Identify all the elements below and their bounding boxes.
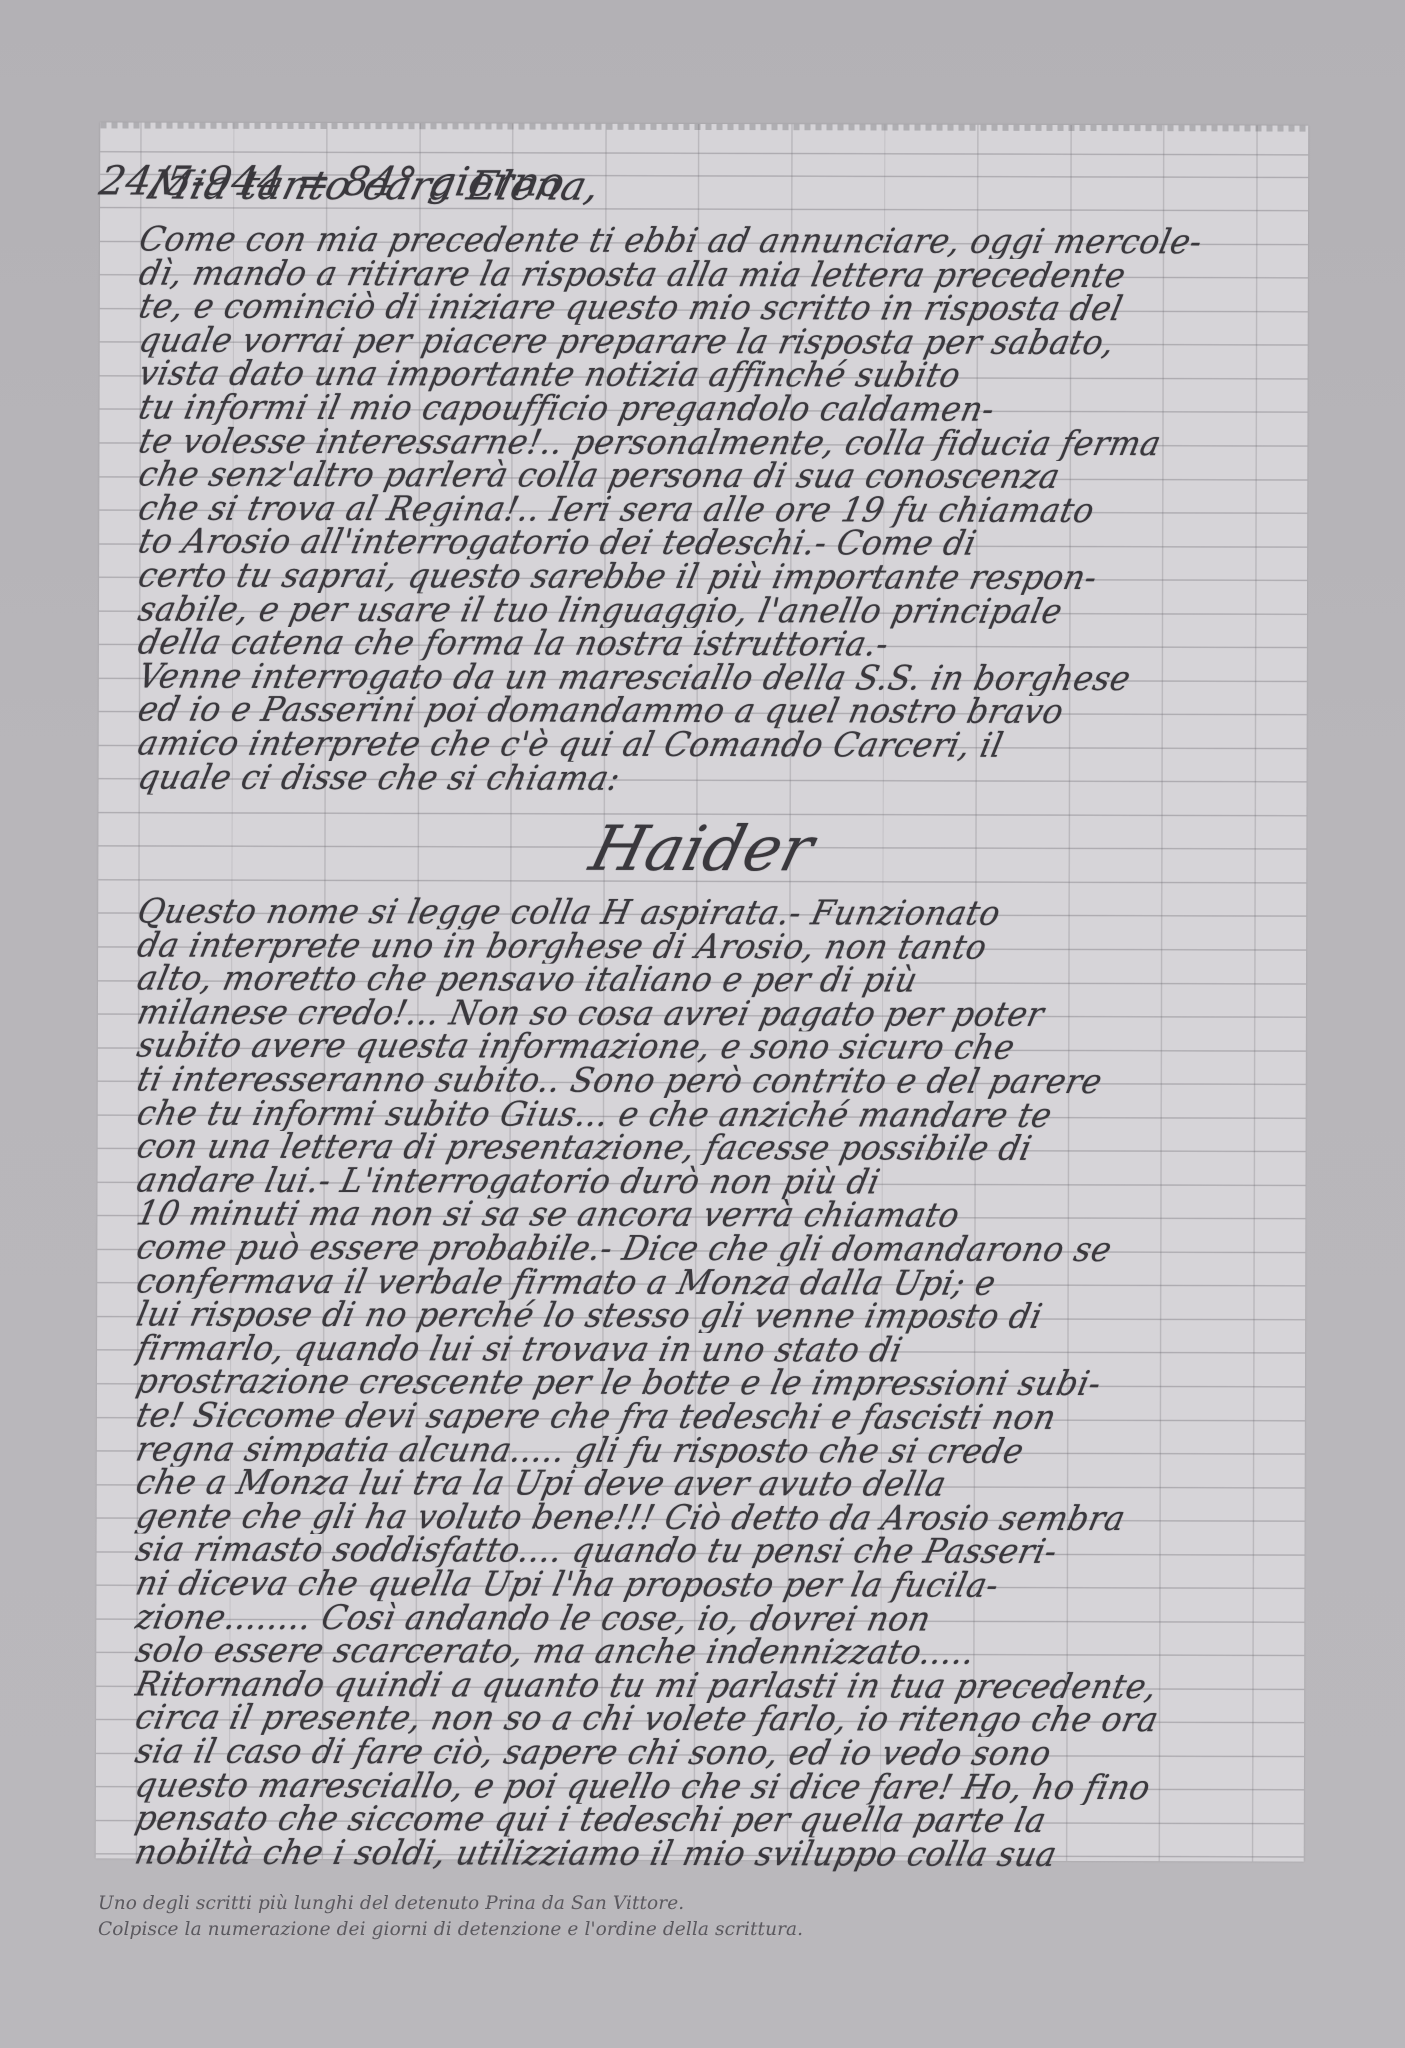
letter-line: circa il presente, non so a chi volete f… (132, 1701, 1226, 1738)
letter-line: che a Monza lui tra la Upi deve aver avu… (133, 1466, 1227, 1503)
letter-line: tu informi il mio capoufficio pregandolo… (136, 391, 1230, 428)
letter-line: con una lettera di presentazione, facess… (134, 1130, 1228, 1167)
letter-line: ti interesseranno subito.. Sono però con… (134, 1063, 1228, 1100)
letter-line: sia il caso di fare ciò, sapere chi sono… (132, 1735, 1226, 1772)
letter-line: te, e cominciò di iniziare questo mio sc… (136, 290, 1230, 327)
letter-line: Come con mia precedente ti ebbi ad annun… (136, 223, 1230, 260)
letter-line: andare lui.- L'interrogatorio durò non p… (134, 1163, 1228, 1200)
letter-line: subito avere questa informazione, e sono… (134, 1029, 1228, 1066)
letter-line: solo essere scarcerato, ma anche indenni… (133, 1634, 1227, 1671)
letter-line: 10 minuti ma non si sa se ancora verrà c… (134, 1197, 1228, 1234)
letter-line: amico interprete che c'è qui al Comando … (135, 727, 1229, 764)
caption-line-1: Uno degli scritti più lunghi del detenut… (98, 1893, 684, 1914)
letter-line: gente che gli ha voluto bene!!! Ciò dett… (133, 1499, 1227, 1536)
letter-line: che si trova al Regina!.. Ieri sera alle… (136, 491, 1230, 528)
letter-line: vista dato una importante notizia affinc… (136, 357, 1230, 394)
letter-line: lui rispose di no perché lo stesso gli v… (133, 1298, 1227, 1335)
letter-line: zione........ Così andando le cose, io, … (133, 1600, 1227, 1637)
letter-line: che senz'altro parlerà colla persona di … (136, 458, 1230, 495)
letter-line: questo maresciallo, e poi quello che si … (132, 1768, 1226, 1805)
letter-line: confermava il verbale firmato a Monza da… (134, 1264, 1228, 1301)
book-page: Mia tanto cara Elena, 24/5-944 = 84° gio… (0, 0, 1405, 2048)
letter-line: sia rimasto soddisfatto.... quando tu pe… (133, 1533, 1227, 1570)
letter-line: regna simpatia alcuna..... gli fu rispos… (133, 1432, 1227, 1469)
letter-line: prostrazione crescente per le botte e le… (133, 1365, 1227, 1402)
letter-line: da interprete uno in borghese di Arosio,… (134, 928, 1228, 965)
letter-line: to Arosio all'interrogatorio dei tedesch… (136, 525, 1230, 562)
letter-line: quale ci disse che si chiama: (135, 760, 1229, 797)
letter-line: ni diceva che quella Upi l'ha proposto p… (133, 1567, 1227, 1604)
caption-line-2: Colpisce la numerazione dei giorni di de… (98, 1919, 803, 1940)
centered-name: Haider (89, 810, 1315, 886)
letter-line: della catena che forma la nostra istrutt… (135, 626, 1229, 663)
letter-line: certo tu saprai, questo sarebbe il più i… (135, 559, 1229, 596)
letter-line: Venne interrogato da un maresciallo dell… (135, 659, 1229, 696)
letter-line: firmarlo, quando lui si trovava in uno s… (133, 1331, 1227, 1368)
letter-line: dì, mando a ritirare la risposta alla mi… (136, 256, 1230, 293)
letter-line: alto, moretto che pensavo italiano e per… (134, 962, 1228, 999)
letter-line: nobiltà che i soldi, utilizziamo il mio … (132, 1835, 1226, 1872)
letter-line: ed io e Passerini poi domandammo a quel … (135, 693, 1229, 730)
letter-line: te volesse interessarne!.. personalmente… (136, 424, 1230, 461)
letter-line: Questo nome si legge colla H aspirata.- … (135, 895, 1229, 932)
letter-line: Ritornando quindi a quanto tu mi parlast… (133, 1667, 1227, 1704)
perforated-edge (100, 122, 1308, 131)
letter-line: te! Siccome devi sapere che fra tedeschi… (133, 1399, 1227, 1436)
letter-line: sabile, e per usare il tuo linguaggio, l… (135, 592, 1229, 629)
letter-line: milanese credo!... Non so cosa avrei pag… (134, 995, 1228, 1032)
letter-line: quale vorrai per piacere preparare la ri… (136, 323, 1230, 360)
letter-line: che tu informi subito Gius... e che anzi… (134, 1096, 1228, 1133)
letter-line: pensato che siccome qui i tedeschi per q… (132, 1802, 1226, 1839)
letter-line: come può essere probabile.- Dice che gli… (134, 1231, 1228, 1268)
letter-date: 24/5-944 = 84° giorno (96, 158, 1282, 207)
handwritten-letter: Mia tanto cara Elena, 24/5-944 = 84° gio… (96, 122, 1309, 1861)
